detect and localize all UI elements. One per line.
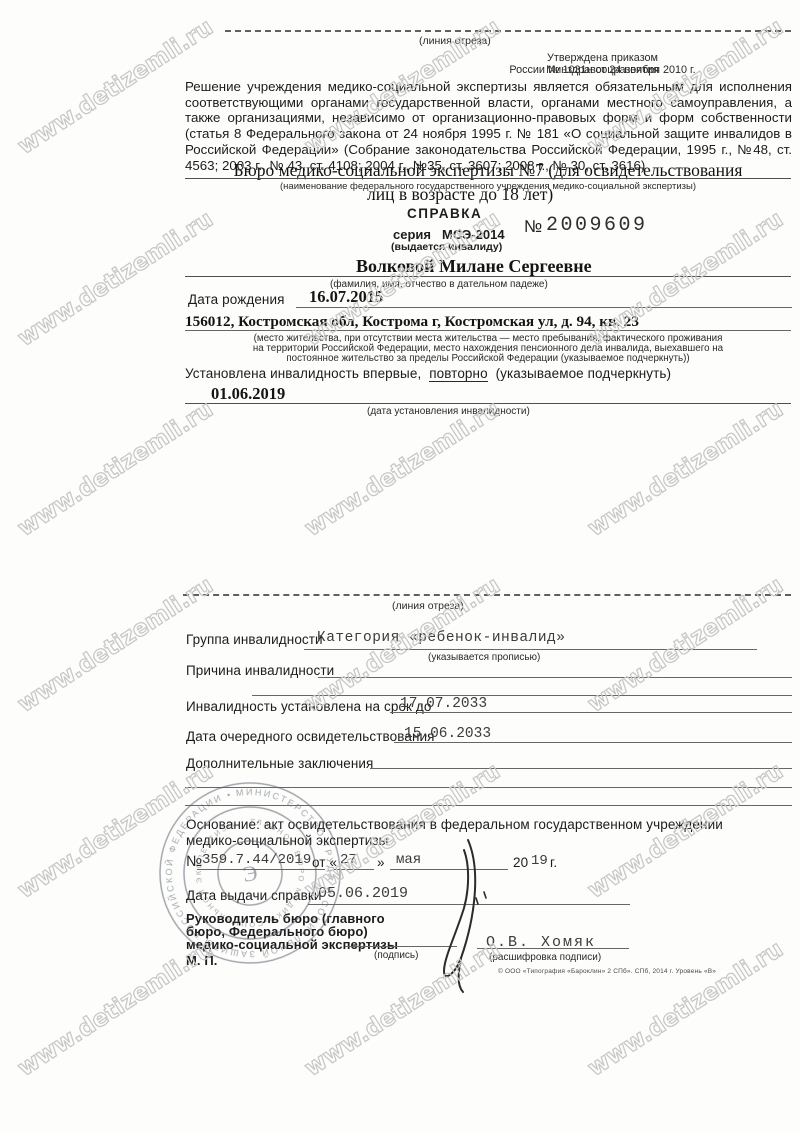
scanned-disability-certificate: { "watermark": { "text": "www.detizemli.… bbox=[0, 0, 800, 1132]
birth-date-value: 16.07.2015 bbox=[309, 287, 383, 307]
signatory-name-caption: (расшифровка подписи) bbox=[489, 952, 601, 963]
act-year-prefix: 20 bbox=[513, 855, 528, 870]
series-label: серия bbox=[393, 227, 431, 242]
form-line bbox=[370, 768, 792, 769]
signature-ticks bbox=[476, 892, 486, 904]
cut-line-top-label: (линия отреза) bbox=[419, 35, 491, 47]
form-line bbox=[185, 276, 791, 277]
series-value: МСЭ-2014 bbox=[442, 227, 505, 242]
signature-stroke bbox=[444, 840, 475, 976]
watermark-text: www.detizemli.ru bbox=[300, 396, 505, 542]
established-date-caption: (дата установления инвалидности) bbox=[367, 406, 530, 417]
signature-tail bbox=[459, 958, 463, 992]
number-sign: № bbox=[524, 217, 542, 237]
established-prefix: Установлена инвалидность впервые, bbox=[185, 366, 421, 381]
watermark: www.detizemli.ru bbox=[315, 410, 490, 528]
disability-group-value: Категория «ребенок-инвалид» bbox=[317, 630, 565, 646]
cut-line-bottom-label: (линия отреза) bbox=[392, 600, 464, 612]
act-year-suffix: г. bbox=[550, 855, 557, 870]
recipient-name: Волковой Милане Сергеевне bbox=[356, 256, 592, 277]
signature bbox=[418, 836, 503, 996]
address-value: 156012, Костромская обл, Кострома г, Кос… bbox=[185, 313, 639, 331]
cut-line-bottom bbox=[183, 594, 791, 596]
disability-group-caption: (указывается прописью) bbox=[428, 652, 540, 663]
next-exam-value: 15.06.2033 bbox=[404, 726, 491, 742]
bureau-name-line2: лиц в возрасте до 18 лет) bbox=[367, 184, 553, 205]
address-caption-line3: постоянное жительство за пределы Российс… bbox=[185, 353, 791, 364]
form-line bbox=[185, 330, 791, 331]
established-underlined-word: повторно bbox=[429, 366, 488, 382]
valid-until-value: 17.07.2033 bbox=[400, 696, 487, 712]
established-suffix: (указываемое подчеркнуть) bbox=[496, 366, 672, 381]
form-line bbox=[185, 403, 791, 404]
watermark: www.detizemli.ru bbox=[598, 410, 773, 528]
watermark: www.detizemli.ru bbox=[28, 28, 203, 146]
form-line bbox=[185, 178, 791, 179]
issued-to-caption: (выдается инвалиду) bbox=[391, 241, 502, 253]
printer-credit: © ООО «Типография «Бароклин» 2 СПб». СПб… bbox=[498, 968, 716, 975]
act-year-value: 19 bbox=[531, 853, 548, 869]
watermark: www.detizemli.ru bbox=[598, 586, 773, 704]
round-official-stamp: МИНИСТЕРСТВО ТРУДА И СОЦИАЛЬНОЙ ЗАЩИТЫ Р… bbox=[142, 765, 357, 980]
form-line bbox=[296, 307, 792, 308]
watermark-text: www.detizemli.ru bbox=[583, 396, 788, 542]
certificate-number: 2009609 bbox=[546, 214, 648, 237]
established-line: Установлена инвалидность впервые, повтор… bbox=[185, 366, 671, 381]
cut-line-top bbox=[225, 30, 791, 32]
birth-date-label: Дата рождения bbox=[188, 292, 285, 307]
form-line bbox=[318, 677, 792, 678]
signature-caption: (подпись) bbox=[374, 950, 418, 961]
disability-group-label: Группа инвалидности bbox=[186, 632, 323, 647]
established-date-value: 01.06.2019 bbox=[211, 384, 285, 404]
additional-conclusions-label: Дополнительные заключения bbox=[186, 756, 373, 771]
form-line bbox=[252, 695, 792, 696]
act-quote-close: » bbox=[377, 855, 385, 870]
stamp-center-letter: Э bbox=[241, 860, 260, 887]
watermark: www.detizemli.ru bbox=[28, 220, 203, 338]
document-title: СПРАВКА bbox=[407, 206, 482, 221]
form-line bbox=[394, 742, 792, 743]
watermark: www.detizemli.ru bbox=[28, 410, 203, 528]
form-line bbox=[304, 649, 757, 650]
approval-note-line2: России № 1031н от 24 ноября 2010 г. bbox=[500, 64, 705, 76]
watermark: www.detizemli.ru bbox=[28, 586, 203, 704]
watermark-text: www.detizemli.ru bbox=[13, 396, 218, 542]
watermark-text: www.detizemli.ru bbox=[583, 936, 788, 1082]
form-line bbox=[390, 712, 792, 713]
disability-cause-label: Причина инвалидности bbox=[186, 663, 334, 678]
